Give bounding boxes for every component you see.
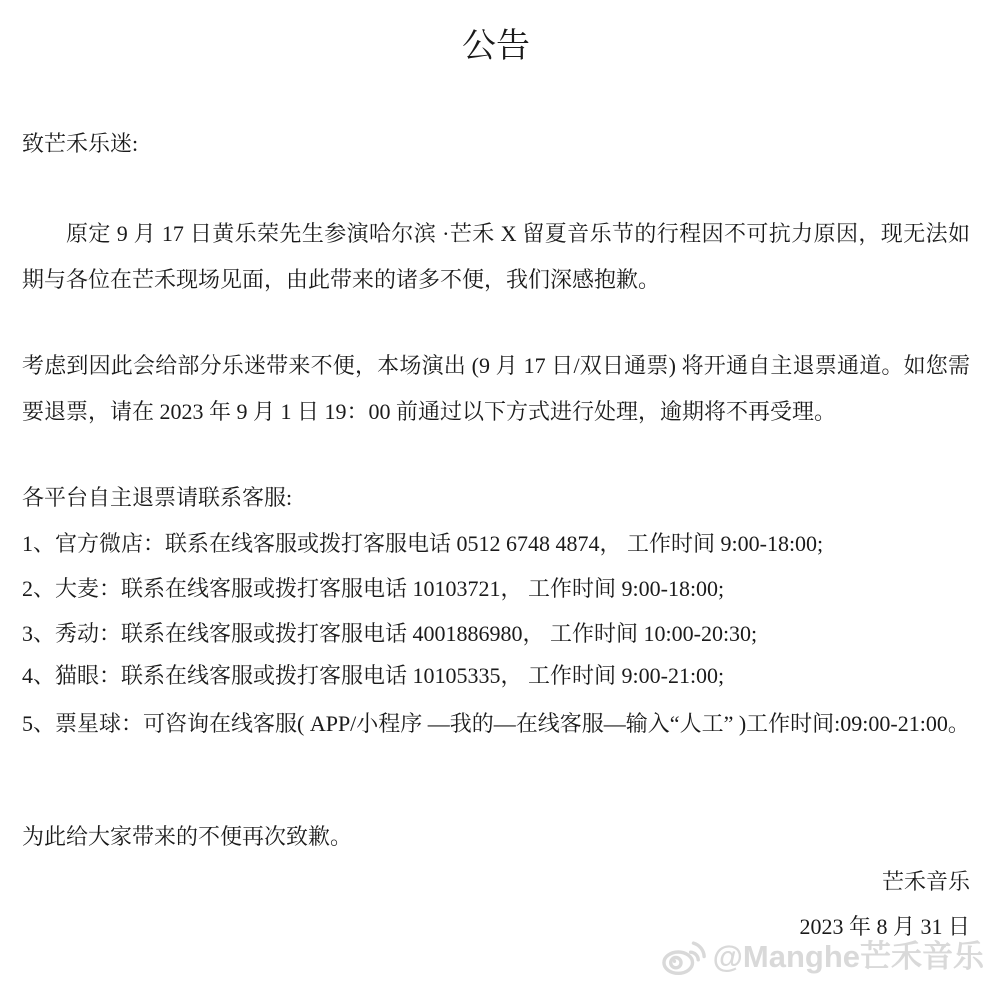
paragraph-refund-notice: 考虑到因此会给部分乐迷带来不便，本场演出 (9 月 17 日/双日通票) 将开通… <box>22 343 970 435</box>
announcement-page: 公告 致芒禾乐迷: 原定 9 月 17 日黄乐荣先生参演哈尔滨 ·芒禾 X 留夏… <box>0 0 992 990</box>
refund-channel-item-piaoxingqiu: 5、票星球：可咨询在线客服( APP/小程序 —我的—在线客服—输入“人工” )… <box>22 701 970 747</box>
page-title: 公告 <box>0 23 992 71</box>
refund-channel-item-xiudong: 3、秀动：联系在线客服或拨打客服电话 4001886980， 工作时间 10:0… <box>22 611 970 657</box>
closing-apology: 为此给大家带来的不便再次致歉。 <box>22 814 970 860</box>
salutation: 致芒禾乐迷: <box>22 121 970 167</box>
refund-channels-intro: 各平台自主退票请联系客服: <box>22 475 970 521</box>
watermark-text: @Manghe芒禾音乐 <box>713 941 984 972</box>
weibo-icon <box>660 936 706 976</box>
signature: 芒禾音乐 <box>22 859 970 905</box>
refund-channel-item-maoyan: 4、猫眼：联系在线客服或拨打客服电话 10105335， 工作时间 9:00-2… <box>22 653 970 699</box>
weibo-watermark: @Manghe芒禾音乐 <box>660 936 984 976</box>
refund-channel-item-damai: 2、大麦：联系在线客服或拨打客服电话 10103721， 工作时间 9:00-1… <box>22 566 970 612</box>
paragraph-apology: 原定 9 月 17 日黄乐荣先生参演哈尔滨 ·芒禾 X 留夏音乐节的行程因不可抗… <box>22 211 970 303</box>
refund-channel-item-weidian: 1、官方微店：联系在线客服或拨打客服电话 0512 6748 4874， 工作时… <box>22 521 970 567</box>
